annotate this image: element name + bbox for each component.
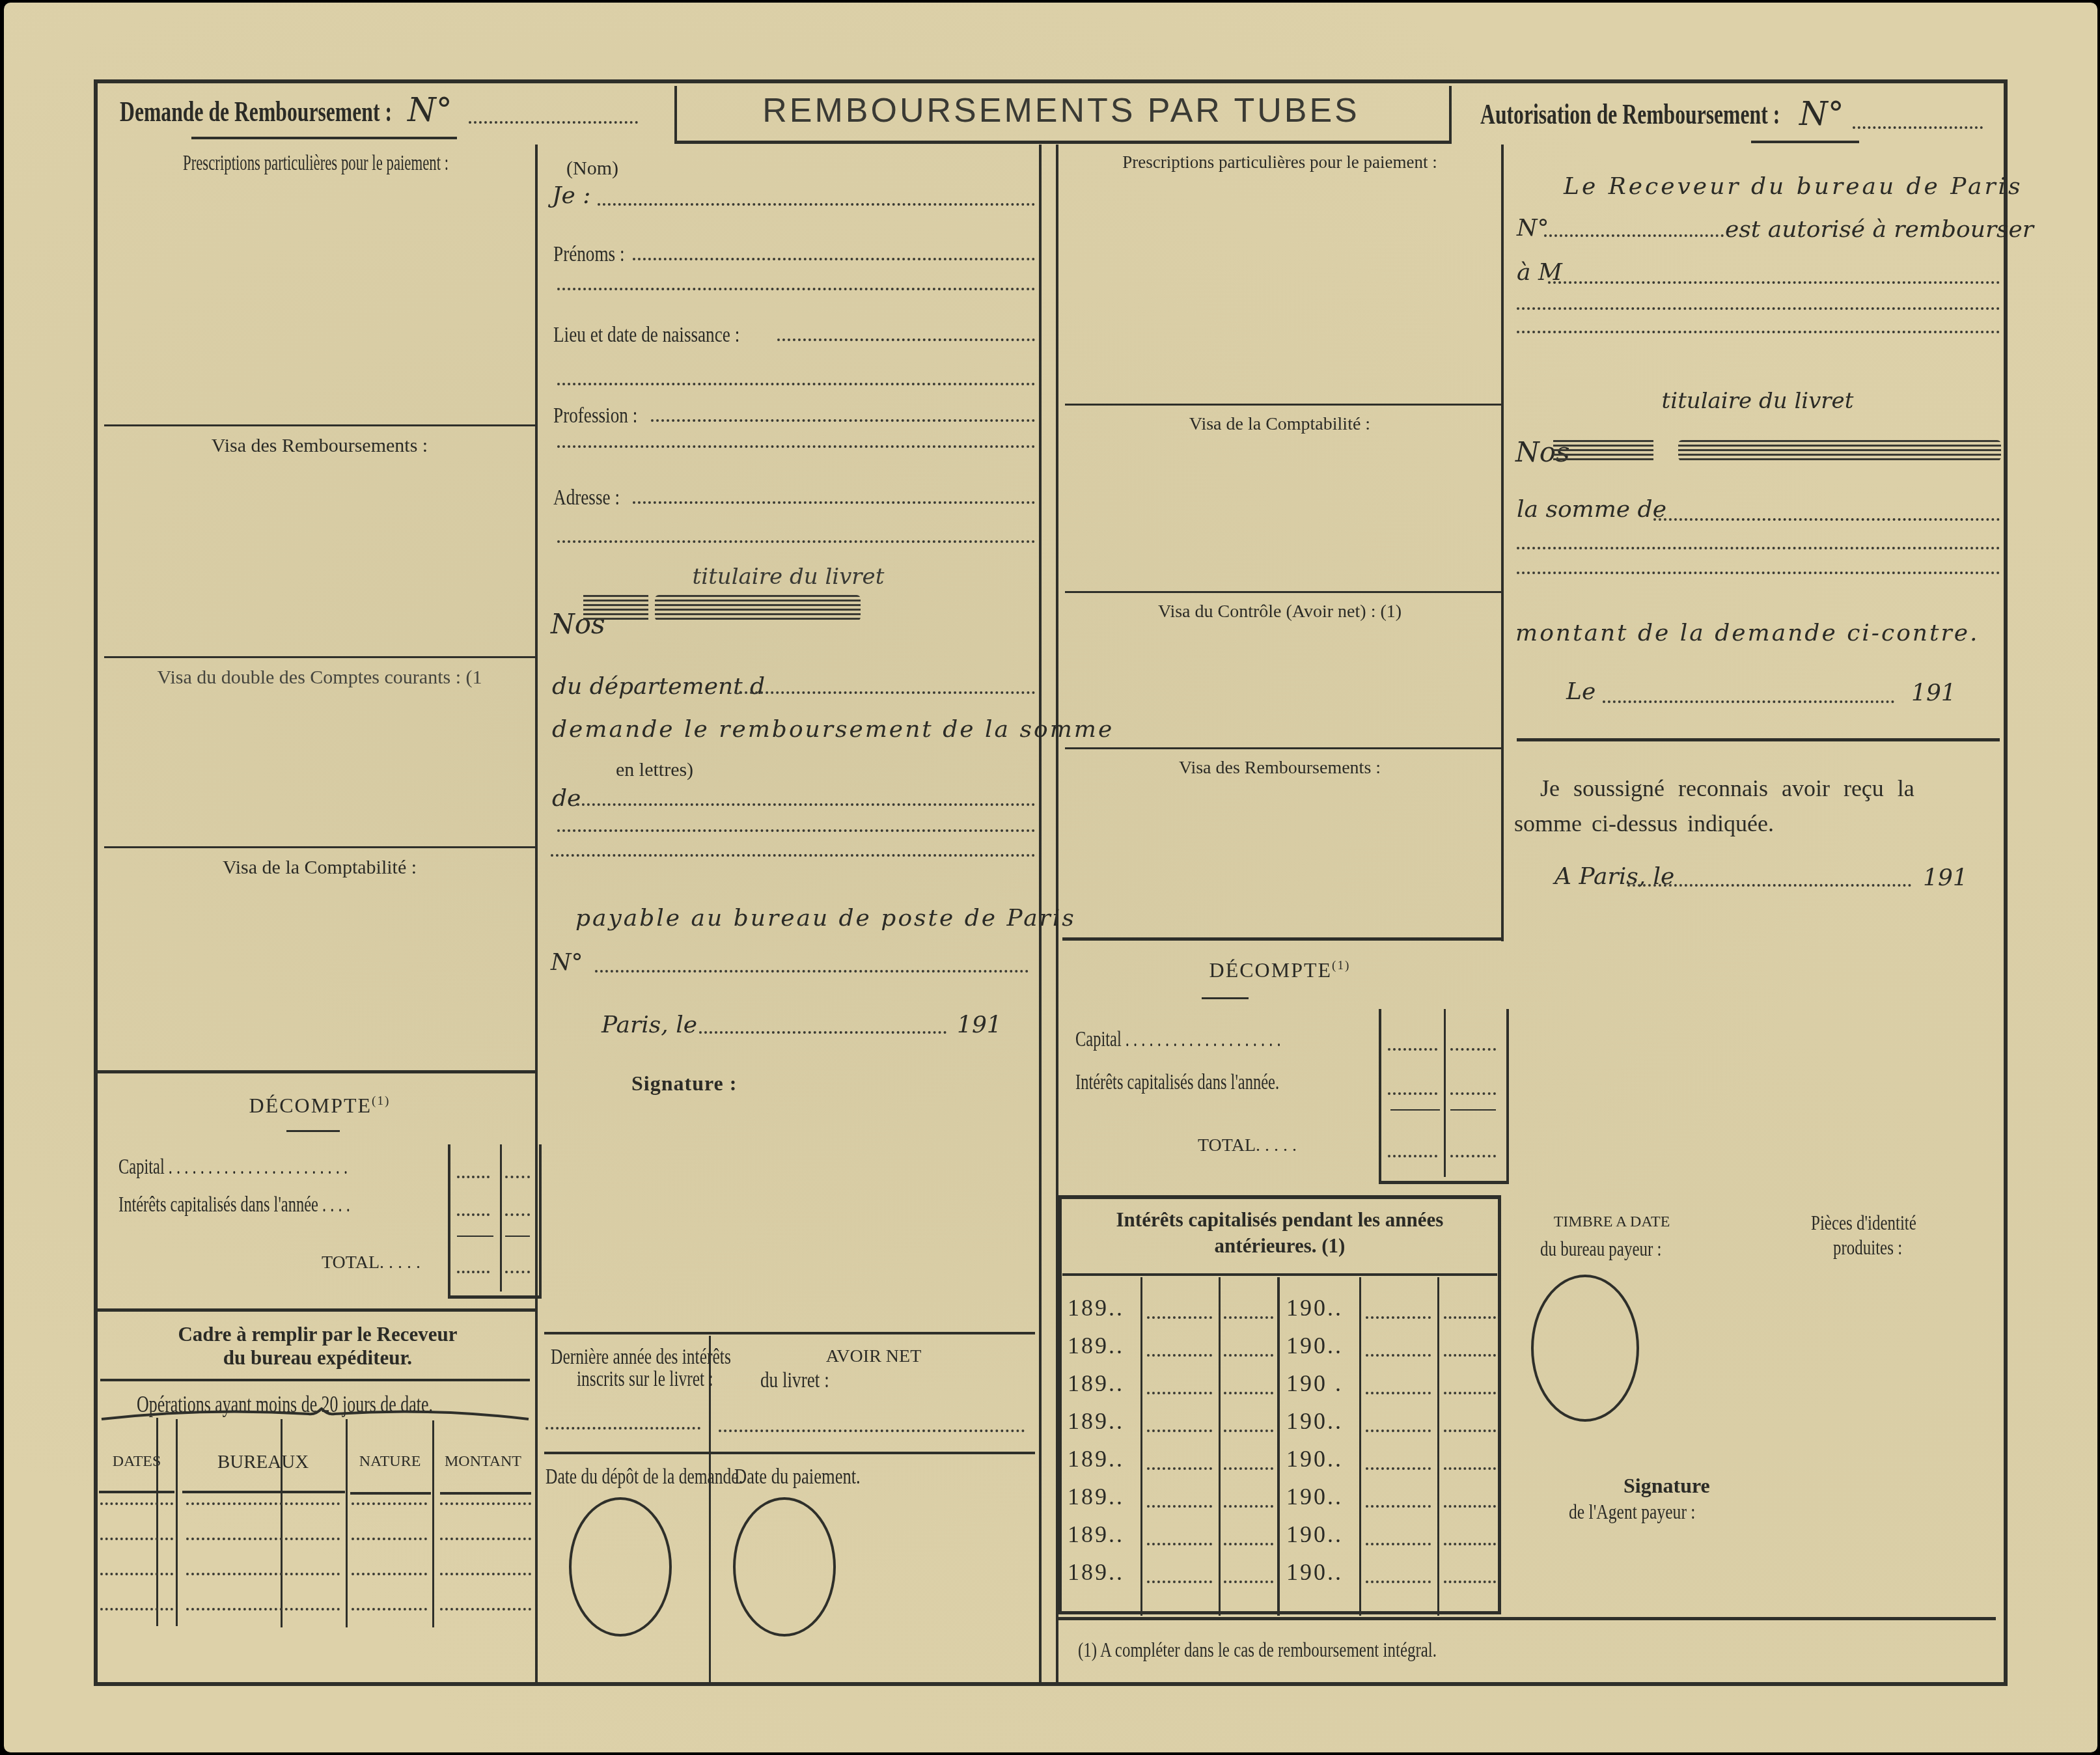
mr-divider-3 <box>1065 747 1501 749</box>
outer-frame <box>94 79 2008 1686</box>
auth-le-label: Le <box>1566 678 1596 705</box>
cadre-title-line1: Cadre à remplir par le Receveur <box>98 1323 538 1346</box>
interets-anterieurs-box <box>1058 1195 1501 1614</box>
left-capital-label: Capital . . . . . . . . . . . . . . . . … <box>118 1155 348 1180</box>
left-interets-field-2[interactable] <box>505 1213 530 1216</box>
left-decompte-box-divider <box>500 1144 502 1292</box>
auth-le-field[interactable] <box>1603 700 1894 703</box>
left-divider-1 <box>104 424 535 426</box>
derniere-annee-line1: Dernière année des intérêts <box>551 1345 731 1370</box>
ia-row-right-year: 190.. <box>1286 1407 1343 1435</box>
receveur-label: Le Receveur du bureau de Paris <box>1564 173 2023 200</box>
mr-visa-controle-label: Visa du Contrôle (Avoir net) : (1) <box>1058 601 1501 622</box>
cadre-hdr-line-montant <box>440 1492 531 1495</box>
ia-row-right-year: 190.. <box>1286 1332 1343 1359</box>
divider-col3 <box>1501 145 1504 941</box>
interets-anterieurs-title-2: antérieures. (1) <box>1058 1234 1501 1258</box>
cadre-col-sep-a <box>176 1419 178 1626</box>
je-field[interactable] <box>598 203 1035 206</box>
derniere-annee-field[interactable] <box>546 1427 700 1430</box>
left-total-field-2[interactable] <box>505 1271 530 1273</box>
ia-row-left-field-1[interactable] <box>1147 1505 1212 1508</box>
la-somme-field-3[interactable] <box>1517 572 2000 574</box>
mr-divider-4 <box>1062 937 1504 941</box>
autorise-label: est autorisé à rembourser <box>1725 216 2034 243</box>
cadre-hdr-line-nature <box>350 1492 431 1495</box>
la-somme-label: la somme de <box>1517 496 1666 523</box>
ia-row-right-field-1[interactable] <box>1366 1316 1431 1319</box>
left-prescriptions-label: Prescriptions particulières pour le paie… <box>98 151 534 176</box>
ia-row-right-field-2[interactable] <box>1444 1316 1496 1319</box>
ia-row-left-field-2[interactable] <box>1224 1430 1273 1432</box>
footnote-text: (1) A compléter dans le cas de rembourse… <box>1078 1638 1437 1662</box>
ia-row-right-year: 190.. <box>1286 1294 1343 1321</box>
mr-decompte-footnote-mark: (1) <box>1332 959 1350 973</box>
cadre-row2-montant[interactable] <box>440 1538 531 1540</box>
mr-decompte-underline <box>1202 997 1249 999</box>
timbre-line2: du bureau payeur : <box>1540 1237 1661 1261</box>
cadre-divider <box>100 1379 530 1381</box>
form-title: REMBOURSEMENTS PAR TUBES <box>677 91 1445 130</box>
left-divider-3 <box>104 846 535 848</box>
paris-le-field[interactable] <box>699 1031 946 1034</box>
cadre-title-line2: du bureau expéditeur. <box>98 1346 538 1370</box>
cadre-brace-icon <box>100 1407 530 1423</box>
demande-no-symbol: N° <box>408 91 452 129</box>
cadre-top-border <box>98 1308 538 1312</box>
paris-le-label: Paris, le <box>601 1012 697 1038</box>
cadre-row4-bureaux[interactable] <box>186 1608 340 1610</box>
cadre-row4-montant[interactable] <box>440 1608 531 1610</box>
avoir-net-line2: du livret : <box>760 1368 829 1393</box>
ia-row-left-year: 189.. <box>1068 1407 1124 1435</box>
ia-row-left-field-1[interactable] <box>1147 1392 1212 1394</box>
cadre-row4-nature[interactable] <box>352 1608 427 1610</box>
left-decompte-underline <box>286 1130 340 1132</box>
soussigne-line2: somme ci-dessus indiquée. <box>1514 810 1774 837</box>
cadre-col-sep-b <box>346 1420 348 1627</box>
ia-row-right-field-2[interactable] <box>1444 1392 1496 1394</box>
left-capital-field-1[interactable] <box>457 1176 490 1178</box>
date-paiement-stamp-circle[interactable] <box>733 1497 836 1637</box>
auth-no-label: N° <box>1517 215 1549 242</box>
autorisation-label: Autorisation de Remboursement : <box>1480 98 1780 131</box>
pieces-line1: Pièces d'identité <box>1811 1211 1916 1235</box>
la-somme-field[interactable] <box>1653 518 2000 521</box>
agent-payeur-label: de l'Agent payeur : <box>1569 1500 1695 1524</box>
mr-decompte-sum-line-2 <box>1450 1109 1496 1111</box>
profession-label: Profession : <box>553 404 637 428</box>
left-interets-label: Intérêts capitalisés dans l'année . . . … <box>118 1193 350 1217</box>
ia-row-right-field-2[interactable] <box>1444 1581 1496 1583</box>
left-capital-field-2[interactable] <box>505 1176 530 1178</box>
date-depot-label: Date du dépôt de la demande. <box>546 1465 743 1489</box>
a-paris-le-field[interactable] <box>1627 884 1911 887</box>
mr-total-label: TOTAL. . . . . <box>1198 1135 1297 1156</box>
auth-number-block-2 <box>1678 440 2001 461</box>
agent-signature-label: Signature <box>1623 1474 1710 1498</box>
mr-prescriptions-label: Prescriptions particulières pour le paie… <box>1058 152 1501 173</box>
departement-field[interactable] <box>734 691 1035 694</box>
left-decompte-box <box>448 1144 542 1299</box>
ia-row-right-year: 190.. <box>1286 1483 1343 1510</box>
demand-livret-number-block-1 <box>583 595 648 621</box>
ia-row-left-field-1[interactable] <box>1147 1467 1212 1470</box>
adresse-field-2[interactable] <box>557 540 1035 543</box>
payable-no-label: N° <box>551 949 583 976</box>
cadre-row3-nature[interactable] <box>352 1573 427 1575</box>
ia-row-left-year: 189.. <box>1068 1445 1124 1472</box>
mr-decompte-title: DÉCOMPTE(1) <box>1058 958 1501 982</box>
ia-row-left-field-2[interactable] <box>1224 1505 1273 1508</box>
de-label: de <box>552 785 581 812</box>
a-m-field-2[interactable] <box>1517 307 2000 310</box>
footnote-divider <box>1058 1617 1996 1620</box>
cadre-row2-dates[interactable] <box>100 1538 173 1540</box>
ia-row-right-year: 190.. <box>1286 1558 1343 1586</box>
timbre-stamp-circle[interactable] <box>1531 1275 1639 1422</box>
demand-bottom-divider-1 <box>544 1332 1035 1334</box>
derniere-annee-line2: inscrits sur le livret : <box>577 1367 713 1392</box>
profession-field-2[interactable] <box>557 445 1035 448</box>
divider-col1 <box>535 145 538 1682</box>
ia-row-left-year: 189.. <box>1068 1370 1124 1397</box>
a-m-field[interactable] <box>1548 281 2000 284</box>
autorisation-no-symbol: N° <box>1799 95 1844 133</box>
ia-row-left-field-1[interactable] <box>1147 1581 1212 1583</box>
somme-field-2[interactable] <box>557 829 1035 832</box>
mr-capital-field-2[interactable] <box>1450 1048 1496 1051</box>
ia-row-left-field-2[interactable] <box>1224 1581 1273 1583</box>
left-visa-comptabilite-label: Visa de la Comptabilité : <box>104 857 535 879</box>
ia-col-sep-3 <box>1277 1277 1280 1616</box>
ia-row-right-field-1[interactable] <box>1366 1467 1431 1470</box>
left-decompte-sum-line-1 <box>457 1236 493 1237</box>
interets-anterieurs-title-1: Intérêts capitalisés pendant les années <box>1058 1208 1501 1232</box>
ia-col-sep-5 <box>1437 1277 1439 1616</box>
ia-row-left-year: 189.. <box>1068 1558 1124 1586</box>
ia-row-left-field-2[interactable] <box>1224 1354 1273 1357</box>
avoir-net-field[interactable] <box>719 1430 1025 1432</box>
cadre-col-bureaux: BUREAUX <box>181 1452 345 1473</box>
interets-anterieurs-title-divider <box>1062 1273 1497 1276</box>
mr-interets-field-1[interactable] <box>1388 1092 1437 1095</box>
date-depot-stamp-circle[interactable] <box>569 1497 672 1637</box>
prenoms-field[interactable] <box>633 258 1035 260</box>
ia-row-right-year: 190.. <box>1286 1445 1343 1472</box>
left-divider-2 <box>104 656 535 658</box>
cadre-col-sep-c <box>432 1420 434 1627</box>
mr-capital-field-1[interactable] <box>1388 1048 1437 1051</box>
ia-row-right-field-2[interactable] <box>1444 1430 1496 1432</box>
je-label: Je : <box>552 182 590 209</box>
mr-visa-remboursements-label: Visa des Remboursements : <box>1058 758 1501 779</box>
left-total-field-1[interactable] <box>457 1271 490 1273</box>
nom-label: (Nom) <box>566 158 618 180</box>
paris-le-year: 191 <box>957 1012 1002 1038</box>
mr-decompte-box-divider <box>1444 1009 1446 1177</box>
cadre-row3-bureaux[interactable] <box>186 1573 340 1575</box>
ia-row-left-field-2[interactable] <box>1224 1467 1273 1470</box>
ia-row-left-field-2[interactable] <box>1224 1316 1273 1319</box>
lieu-date-field-2[interactable] <box>557 383 1035 385</box>
autorisation-no-underline <box>1751 141 1859 143</box>
a-paris-le-year: 191 <box>1923 864 1968 891</box>
left-visa-double-label: Visa du double des Comptes courants : (1 <box>104 667 535 689</box>
auth-titulaire-label: titulaire du livret <box>1504 388 2011 414</box>
demande-no-field[interactable] <box>469 121 638 124</box>
adresse-label: Adresse : <box>553 486 620 510</box>
payable-label: payable au bureau de poste de Paris <box>575 905 1076 932</box>
ia-row-left-year: 189.. <box>1068 1521 1124 1548</box>
mr-visa-comptabilite-label: Visa de la Comptabilité : <box>1058 414 1501 435</box>
lieu-date-label: Lieu et date de naissance : <box>553 323 739 348</box>
ia-row-left-field-2[interactable] <box>1224 1543 1273 1545</box>
demand-bottom-divider-2 <box>544 1452 1035 1454</box>
auth-no-field[interactable] <box>1544 234 1724 237</box>
ia-col-sep-1 <box>1140 1277 1142 1616</box>
ia-row-left-field-2[interactable] <box>1224 1392 1273 1394</box>
ia-row-left-field-1[interactable] <box>1147 1430 1212 1432</box>
adresse-field[interactable] <box>633 501 1035 504</box>
cadre-col-dates: DATES <box>100 1453 173 1471</box>
left-total-label: TOTAL. . . . . <box>322 1252 421 1273</box>
demande-somme-label: demande le remboursement de la somme <box>552 716 1114 743</box>
lieu-date-field[interactable] <box>777 339 1035 341</box>
demande-label: Demande de Remboursement : <box>120 95 392 128</box>
timbre-line1: TIMBRE A DATE <box>1514 1213 1709 1231</box>
ia-row-right-field-2[interactable] <box>1444 1467 1496 1470</box>
mr-interets-label: Intérêts capitalisés dans l'année. <box>1075 1070 1279 1095</box>
mr-total-field-2[interactable] <box>1450 1155 1496 1157</box>
montant-label: montant de la demande ci-contre. <box>1515 620 1979 646</box>
auth-divider <box>1517 738 2000 741</box>
en-lettres-label: en lettres) <box>616 759 693 781</box>
cadre-row1-bureaux[interactable] <box>186 1502 340 1505</box>
ia-row-left-year: 189.. <box>1068 1483 1124 1510</box>
prenoms-label: Prénoms : <box>553 242 625 267</box>
autorisation-no-field[interactable] <box>1853 126 1983 129</box>
ia-row-right-field-1[interactable] <box>1366 1505 1431 1508</box>
a-m-field-3[interactable] <box>1517 331 2000 333</box>
cadre-row2-bureaux[interactable] <box>186 1538 340 1540</box>
left-visa-remboursements-label: Visa des Remboursements : <box>104 435 535 457</box>
demand-titulaire-label: titulaire du livret <box>538 564 1039 590</box>
mr-divider-2 <box>1065 591 1501 593</box>
left-decompte-footnote-mark: (1) <box>372 1094 390 1108</box>
ia-row-left-year: 189.. <box>1068 1332 1124 1359</box>
demand-signature-label: Signature : <box>631 1071 737 1096</box>
mr-total-field-1[interactable] <box>1388 1155 1437 1157</box>
ia-row-right-year: 190.. <box>1286 1521 1343 1548</box>
ia-row-right-field-2[interactable] <box>1444 1543 1496 1545</box>
demand-livret-number-block-2 <box>655 595 861 621</box>
ia-row-right-field-1[interactable] <box>1366 1430 1431 1432</box>
ia-row-right-field-1[interactable] <box>1366 1354 1431 1357</box>
cadre-row4-dates[interactable] <box>100 1608 173 1610</box>
somme-field[interactable] <box>577 803 1035 806</box>
cadre-row1-dates[interactable] <box>100 1502 173 1505</box>
left-decompte-sum-line-2 <box>505 1236 530 1237</box>
ia-row-right-field-2[interactable] <box>1444 1354 1496 1357</box>
cadre-col-nature: NATURE <box>348 1453 432 1471</box>
cadre-vdivider-1 <box>156 1418 158 1626</box>
demande-no-underline <box>191 137 457 139</box>
ia-row-left-field-1[interactable] <box>1147 1354 1212 1357</box>
departement-label: du département d <box>552 673 765 700</box>
mr-decompte-title-text: DÉCOMPTE <box>1209 958 1332 982</box>
ia-col-sep-2 <box>1219 1277 1221 1616</box>
cadre-row2-nature[interactable] <box>352 1538 427 1540</box>
auth-number-block-1 <box>1553 440 1653 461</box>
ia-row-left-field-1[interactable] <box>1147 1316 1212 1319</box>
cadre-row3-montant[interactable] <box>440 1573 531 1575</box>
cadre-hdr-line-bureaux <box>182 1491 345 1493</box>
pieces-line2: produites : <box>1833 1236 1902 1260</box>
somme-field-3[interactable] <box>551 854 1035 857</box>
ia-col-sep-4 <box>1359 1277 1361 1616</box>
ia-row-right-field-1[interactable] <box>1366 1392 1431 1394</box>
ia-row-right-field-1[interactable] <box>1366 1543 1431 1545</box>
auth-le-year: 191 <box>1911 680 1956 706</box>
mr-decompte-sum-line-1 <box>1390 1109 1440 1111</box>
mr-interets-field-2[interactable] <box>1450 1092 1496 1095</box>
ia-row-left-field-1[interactable] <box>1147 1543 1212 1545</box>
left-interets-field-1[interactable] <box>457 1213 490 1216</box>
la-somme-field-2[interactable] <box>1517 547 2000 549</box>
mr-divider-1 <box>1065 404 1501 406</box>
prenoms-field-2[interactable] <box>557 288 1035 290</box>
soussigne-line1: Je soussigné reconnais avoir reçu la <box>1540 775 1914 802</box>
profession-field[interactable] <box>651 419 1035 422</box>
left-decompte-title-text: DÉCOMPTE <box>249 1094 372 1117</box>
ia-row-right-year: 190 . <box>1286 1370 1343 1397</box>
date-paiement-label: Date du paiement. <box>734 1465 861 1489</box>
ia-row-right-field-2[interactable] <box>1444 1505 1496 1508</box>
cadre-vdivider-2 <box>281 1419 283 1627</box>
mr-capital-label: Capital . . . . . . . . . . . . . . . . … <box>1075 1027 1281 1052</box>
cadre-hdr-line-dates <box>99 1491 174 1493</box>
ia-row-left-year: 189.. <box>1068 1294 1124 1321</box>
cadre-row1-montant[interactable] <box>440 1502 531 1505</box>
cadre-col-montant: MONTANT <box>432 1453 534 1471</box>
cadre-row3-dates[interactable] <box>100 1573 173 1575</box>
payable-no-field[interactable] <box>595 970 1029 973</box>
ia-row-right-field-1[interactable] <box>1366 1581 1431 1583</box>
avoir-net-line1: AVOIR NET <box>711 1346 1036 1367</box>
cadre-row1-nature[interactable] <box>352 1502 427 1505</box>
left-divider-4 <box>98 1070 538 1073</box>
left-decompte-title: DÉCOMPTE(1) <box>104 1094 535 1118</box>
